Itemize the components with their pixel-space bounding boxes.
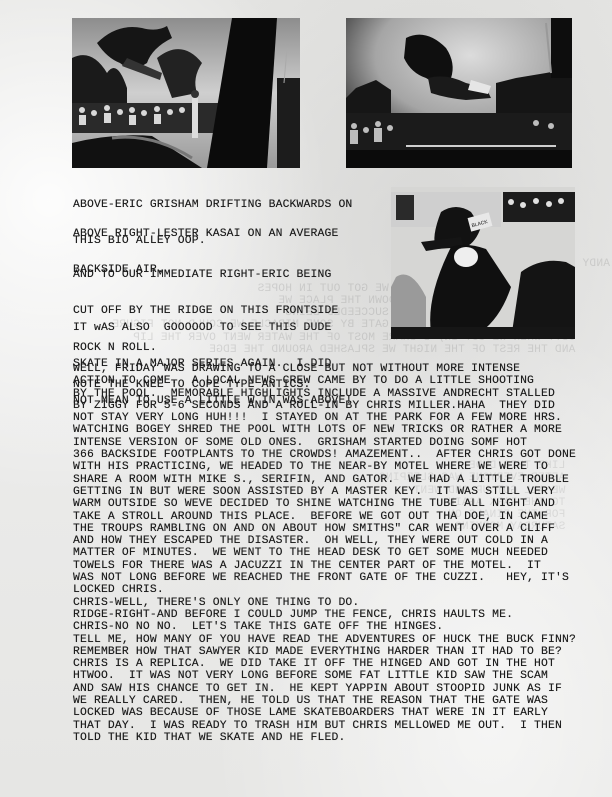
caption-line: IT wAS ALSO GOOOOOD TO SEE THIS DUDE xyxy=(73,322,352,334)
skater-photo-image: BLACK xyxy=(391,187,575,339)
skater-photo-image xyxy=(346,18,572,168)
photo-eric-grisham-alley-oop xyxy=(72,18,300,168)
body-line: SHARE A ROOM WITH MIKE S., SERIFIN, AND … xyxy=(73,474,576,486)
skater-photo-image xyxy=(72,18,300,168)
body-line: TOWELS FOR THERE WAS A JACUZZI IN THE CE… xyxy=(73,560,576,572)
body-line: LOCKED CHRIS. xyxy=(73,584,576,596)
body-line: WARM OUTSIDE SO WEVE DECIDED TO SHINE WA… xyxy=(73,498,576,510)
body-line: CHRIS-WELL, THERE'S ONLY ONE THING TO DO… xyxy=(73,597,576,609)
body-line: BY THE POOL. MEMORABLE HIGHLIGHTS INCLUD… xyxy=(73,388,576,400)
photo-lester-kasai-backside-air xyxy=(346,18,572,168)
caption-line: ABOVE RIGHT-LESTER KASAI ON AN AVERAGE xyxy=(73,228,338,240)
body-line: WATCHING BOGEY SHRED THE POOL WITH LOTS … xyxy=(73,424,576,436)
photo-eric-frontside-rock-n-roll: BLACK xyxy=(391,187,575,339)
body-line: THE TROUPS RAMBLING ON AND ON ABOUT HOW … xyxy=(73,523,576,535)
body-line: INTENSE VERSION OF SOME OLD ONES. GRISHA… xyxy=(73,437,576,449)
body-line: NOT STAY VERY LONG HUH!!! I STAYED ON AT… xyxy=(73,412,576,424)
article-body: WELL, FRIDAY WAS DRAWING TO A CLOSE BUT … xyxy=(73,363,576,744)
body-line: AND SAW HIS CHANCE TO GET IN. HE KEPT YA… xyxy=(73,683,576,695)
body-line: RIDGE-RIGHT-AND BEFORE I COULD JUMP THE … xyxy=(73,609,576,621)
body-line: BY ZIGGY FOR 5-6 SECONDS AND A ROLL-IN B… xyxy=(73,400,576,412)
body-line: WELL, FRIDAY WAS DRAWING TO A CLOSE BUT … xyxy=(73,363,576,375)
body-line: CHRIS IS A REPLICA. WE DID TAKE IT OFF T… xyxy=(73,658,576,670)
body-line: TELL ME, HOW MANY OF YOU HAVE READ THE A… xyxy=(73,634,576,646)
body-line: TAKE A STROLL AROUND THIS PLACE. BEFORE … xyxy=(73,511,576,523)
body-line: THAT DAY. I WAS READY TO TRASH HIM BUT C… xyxy=(73,720,576,732)
body-line: HTWOO. IT WAS NOT VERY LONG BEFORE SOME … xyxy=(73,670,576,682)
caption-line: AND TO OUR IMMEDIATE RIGHT-ERIC BEING xyxy=(73,269,338,281)
body-line: CHRIS-NO NO NO. LET'S TAKE THIS GATE OFF… xyxy=(73,621,576,633)
body-line: WE REALLY CARED. THEN, HE TOLD US THAT T… xyxy=(73,695,576,707)
body-line: 366 BACKSIDE FOOTPLANTS TO THE CROWDS! A… xyxy=(73,449,576,461)
body-line: REMEMBER HOW THAT SAWYER KID MADE EVERYT… xyxy=(73,646,576,658)
body-line: GETTING IN BUT WERE SOON ASSISTED BY A M… xyxy=(73,486,576,498)
zine-page: ANDY BEGAN WITH A DEATH THAT FOCUS CAME … xyxy=(0,0,612,797)
body-line: ACTION TO COME. A LOCAL NEWS CREW CAME B… xyxy=(73,375,576,387)
body-line: LOCKED WAS BECAUSE OF THOSE LAME SKATEBO… xyxy=(73,707,576,719)
body-line: MATTER OF MINUTES. WE WENT TO THE HEAD D… xyxy=(73,547,576,559)
body-line: TOLD THE KID THAT WE SKATE AND HE FLED. xyxy=(73,732,576,744)
body-line: WAS NOT LONG BEFORE WE REACHED THE FRONT… xyxy=(73,572,576,584)
body-line: WITH HIS PRACTICING, WE HEADED TO THE NE… xyxy=(73,461,576,473)
body-line: AND HOW THEY ESCAPED THE DISASTER. OH WE… xyxy=(73,535,576,547)
